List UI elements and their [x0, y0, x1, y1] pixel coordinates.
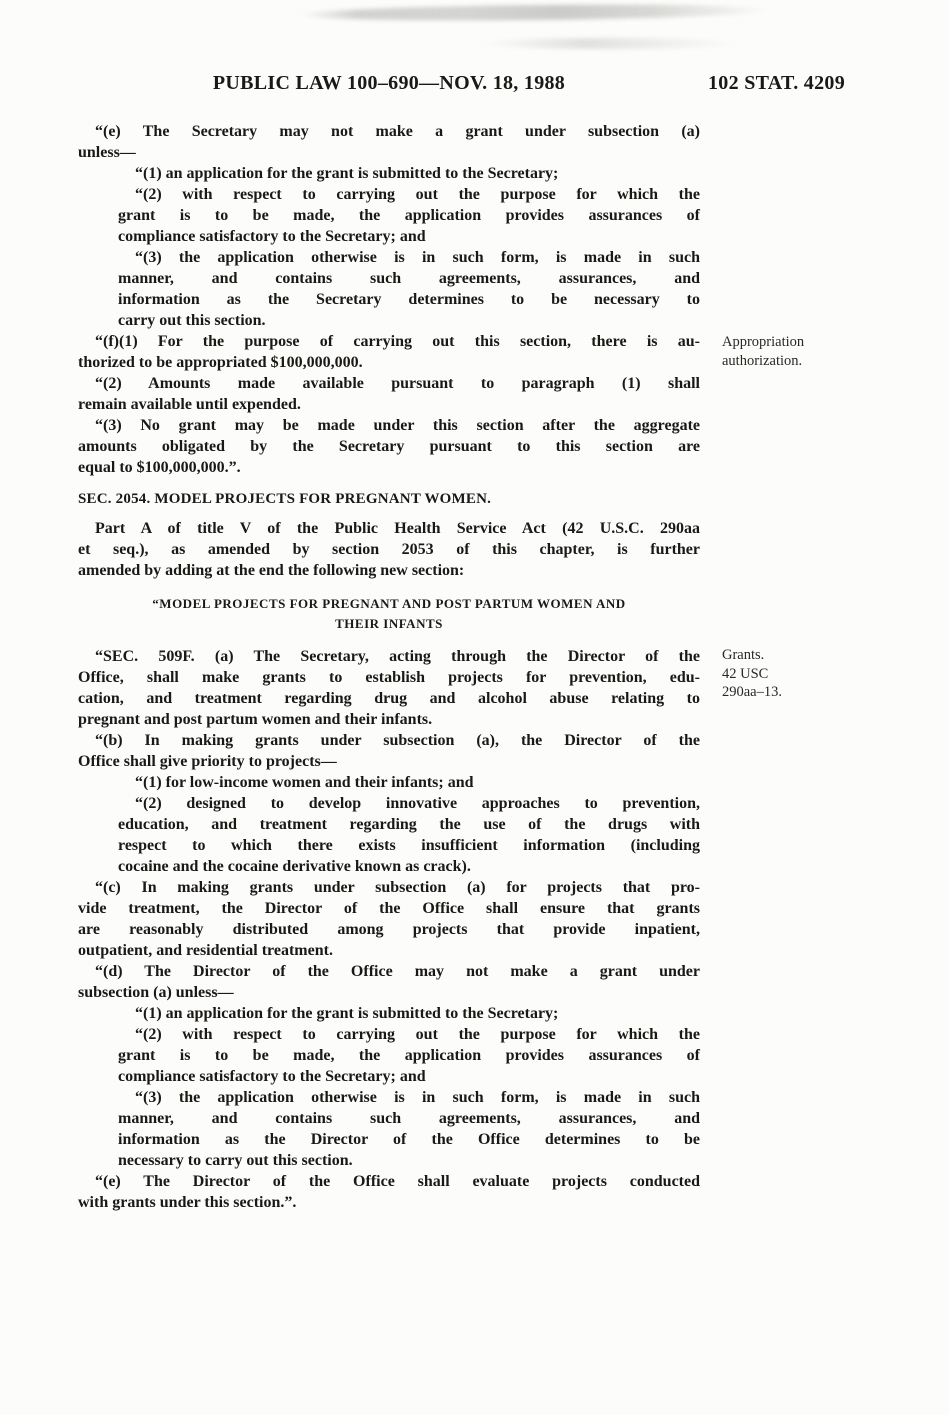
text-line: with grants under this section.”.	[78, 1192, 700, 1213]
scan-artifact	[300, 3, 770, 23]
item-d3: “(3) the application otherwise is in suc…	[78, 1087, 700, 1171]
text-line: information as the Director of the Offic…	[118, 1129, 700, 1150]
text-line: “(3) No grant may be made under this sec…	[78, 415, 700, 436]
text-line: “(e) The Director of the Office shall ev…	[78, 1171, 700, 1192]
text-line: “(b) In making grants under subsection (…	[78, 730, 700, 751]
text-line: grant is to be made, the application pro…	[118, 1045, 700, 1066]
text-line: “(2) Amounts made available pursuant to …	[78, 373, 700, 394]
text-line: education, and treatment regarding the u…	[118, 814, 700, 835]
text-line: “(2) with respect to carrying out the pu…	[118, 1024, 700, 1045]
text-line: respect to which there exists insufficie…	[118, 835, 700, 856]
section-2054-intro: Part A of title V of the Public Health S…	[78, 518, 700, 581]
text-line: carry out this section.	[118, 310, 700, 331]
text-line: “(c) In making grants under subsection (…	[78, 877, 700, 898]
text-line: compliance satisfactory to the Secretary…	[118, 1066, 700, 1087]
text-line: cocaine and the cocaine derivative known…	[118, 856, 700, 877]
paragraph-d: “(d) The Director of the Office may not …	[78, 961, 700, 1003]
text-line: 290aa–13.	[722, 683, 872, 702]
stat-number: 102 STAT. 4209	[708, 72, 845, 95]
text-line: “(e) The Secretary may not make a grant …	[78, 121, 700, 142]
text-line: Office shall give priority to projects—	[78, 751, 700, 772]
text-line: necessary to carry out this section.	[118, 1150, 700, 1171]
text-line: “(1) an application for the grant is sub…	[118, 1003, 700, 1024]
item-e1: “(1) an application for the grant is sub…	[78, 163, 700, 184]
paragraph-f1: “(f)(1) For the purpose of carrying out …	[78, 331, 700, 373]
appropriation-margin-note: Appropriationauthorization.	[722, 333, 872, 371]
text-line: manner, and contains such agreements, as…	[118, 1108, 700, 1129]
model-projects-heading: “MODEL PROJECTS FOR PREGNANT AND POST PA…	[78, 594, 700, 634]
text-line: “(1) for low-income women and their infa…	[118, 772, 700, 793]
text-line: subsection (a) unless—	[78, 982, 700, 1003]
statute-page: PUBLIC LAW 100–690—NOV. 18, 1988 102 STA…	[0, 0, 949, 1415]
paragraph-e: “(e) The Secretary may not make a grant …	[78, 121, 700, 163]
paragraph-f3: “(3) No grant may be made under this sec…	[78, 415, 700, 478]
text-line: manner, and contains such agreements, as…	[118, 268, 700, 289]
text-line: Part A of title V of the Public Health S…	[78, 518, 700, 539]
paragraph-e-final: “(e) The Director of the Office shall ev…	[78, 1171, 700, 1213]
text-line: Office, shall make grants to establish p…	[78, 667, 700, 688]
text-line: compliance satisfactory to the Secretary…	[118, 226, 700, 247]
scan-artifact	[480, 38, 740, 49]
text-line: outpatient, and residential treatment.	[78, 940, 700, 961]
section-2054-heading: SEC. 2054. MODEL PROJECTS FOR PREGNANT W…	[78, 490, 700, 509]
text-line: et seq.), as amended by section 2053 of …	[78, 539, 700, 560]
text-line: “(2) with respect to carrying out the pu…	[118, 184, 700, 205]
paragraph-509f-a: “SEC. 509F. (a) The Secretary, acting th…	[78, 646, 700, 730]
item-b2: “(2) designed to develop innovative appr…	[78, 793, 700, 877]
paragraph-f2: “(2) Amounts made available pursuant to …	[78, 373, 700, 415]
text-line: “(3) the application otherwise is in suc…	[118, 1087, 700, 1108]
item-e2: “(2) with respect to carrying out the pu…	[78, 184, 700, 247]
main-column: “(e) The Secretary may not make a grant …	[78, 121, 700, 1213]
text-line: authorization.	[722, 352, 872, 371]
text-line: 42 USC	[722, 665, 872, 684]
text-line: pregnant and post partum women and their…	[78, 709, 700, 730]
text-line: amounts obligated by the Secretary pursu…	[78, 436, 700, 457]
text-line: THEIR INFANTS	[78, 614, 700, 634]
item-e3: “(3) the application otherwise is in suc…	[78, 247, 700, 331]
law-title: PUBLIC LAW 100–690—NOV. 18, 1988	[78, 72, 700, 95]
text-line: “MODEL PROJECTS FOR PREGNANT AND POST PA…	[78, 594, 700, 614]
text-line: grant is to be made, the application pro…	[118, 205, 700, 226]
grants-margin-note: Grants.42 USC290aa–13.	[722, 646, 872, 702]
text-line: thorized to be appropriated $100,000,000…	[78, 352, 700, 373]
text-line: “(d) The Director of the Office may not …	[78, 961, 700, 982]
text-line: equal to $100,000,000.”.	[78, 457, 700, 478]
text-line: “(f)(1) For the purpose of carrying out …	[78, 331, 700, 352]
paragraph-b: “(b) In making grants under subsection (…	[78, 730, 700, 772]
text-line: cation, and treatment regarding drug and…	[78, 688, 700, 709]
text-line: vide treatment, the Director of the Offi…	[78, 898, 700, 919]
item-b1: “(1) for low-income women and their infa…	[78, 772, 700, 793]
text-line: are reasonably distributed among project…	[78, 919, 700, 940]
text-line: “(2) designed to develop innovative appr…	[118, 793, 700, 814]
text-line: unless—	[78, 142, 700, 163]
text-line: Appropriation	[722, 333, 872, 352]
text-line: remain available until expended.	[78, 394, 700, 415]
text-line: “(1) an application for the grant is sub…	[118, 163, 700, 184]
text-line: “(3) the application otherwise is in suc…	[118, 247, 700, 268]
item-d1: “(1) an application for the grant is sub…	[78, 1003, 700, 1024]
text-line: information as the Secretary determines …	[118, 289, 700, 310]
item-d2: “(2) with respect to carrying out the pu…	[78, 1024, 700, 1087]
text-line: “SEC. 509F. (a) The Secretary, acting th…	[78, 646, 700, 667]
page-header: PUBLIC LAW 100–690—NOV. 18, 1988 102 STA…	[78, 72, 845, 98]
paragraph-c: “(c) In making grants under subsection (…	[78, 877, 700, 961]
text-line: amended by adding at the end the followi…	[78, 560, 700, 581]
text-line: Grants.	[722, 646, 872, 665]
